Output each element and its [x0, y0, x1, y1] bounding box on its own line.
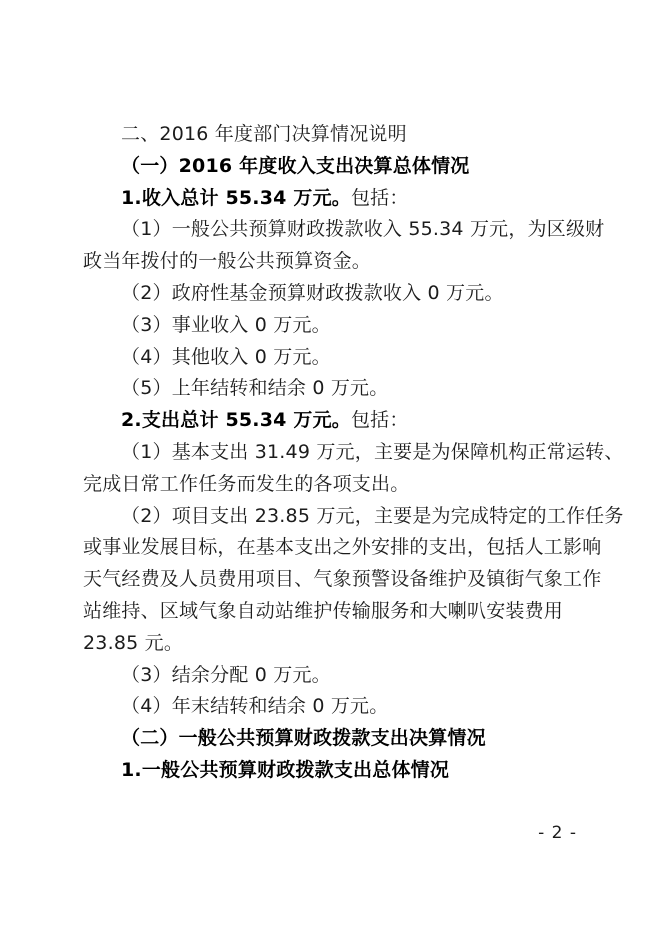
text-run: （2）项目支出 23.85 万元，主要是为完成特定的工作任务	[121, 505, 624, 527]
bold-text-run: （二）一般公共预算财政拨款支出决算情况	[121, 727, 486, 749]
text-line: （2）项目支出 23.85 万元，主要是为完成特定的工作任务	[83, 501, 595, 533]
page-number: - 2 -	[538, 822, 577, 844]
text-run: 完成日常工作任务而发生的各项支出。	[83, 473, 409, 495]
bold-text-run: （一）2016 年度收入支出决算总体情况	[121, 155, 470, 177]
text-line: 23.85 元。	[83, 628, 595, 660]
text-line: （3）事业收入 0 万元。	[83, 310, 595, 342]
text-line: （1）基本支出 31.49 万元，主要是为保障机构正常运转、	[83, 437, 595, 469]
text-run: （2）政府性基金预算财政拨款收入 0 万元。	[121, 282, 504, 304]
text-line: （4）其他收入 0 万元。	[83, 342, 595, 374]
text-line: 或事业发展目标，在基本支出之外安排的支出，包括人工影响	[83, 532, 595, 564]
text-run: （3）事业收入 0 万元。	[121, 314, 331, 336]
text-line: （2）政府性基金预算财政拨款收入 0 万元。	[83, 278, 595, 310]
text-line: 完成日常工作任务而发生的各项支出。	[83, 469, 595, 501]
text-line: （一）2016 年度收入支出决算总体情况	[83, 151, 595, 183]
text-line: 站维持、区域气象自动站维护传输服务和大喇叭安装费用	[83, 596, 595, 628]
text-run: 二、2016 年度部门决算情况说明	[121, 123, 407, 145]
text-line: 2.支出总计 55.34 万元。包括：	[83, 405, 595, 437]
text-run: （3）结余分配 0 万元。	[121, 664, 331, 686]
text-run: 天气经费及人员费用项目、气象预警设备维护及镇街气象工作	[83, 568, 601, 590]
text-run: （5）上年结转和结余 0 万元。	[121, 377, 388, 399]
text-run: 或事业发展目标，在基本支出之外安排的支出，包括人工影响	[83, 536, 601, 558]
bold-text-run: 2.支出总计 55.34 万元。	[121, 409, 351, 431]
text-line: （二）一般公共预算财政拨款支出决算情况	[83, 723, 595, 755]
text-run: 23.85 元。	[83, 632, 183, 654]
text-run: （1）一般公共预算财政拨款收入 55.34 万元，为区级财	[121, 218, 604, 240]
text-line: （4）年末结转和结余 0 万元。	[83, 691, 595, 723]
document-lines: 二、2016 年度部门决算情况说明（一）2016 年度收入支出决算总体情况1.收…	[83, 119, 595, 787]
text-run: （4）其他收入 0 万元。	[121, 346, 331, 368]
text-run: （1）基本支出 31.49 万元，主要是为保障机构正常运转、	[121, 441, 624, 463]
text-line: 二、2016 年度部门决算情况说明	[83, 119, 595, 151]
text-line: 天气经费及人员费用项目、气象预警设备维护及镇街气象工作	[83, 564, 595, 596]
text-line: 1.一般公共预算财政拨款支出总体情况	[83, 755, 595, 787]
text-run: 站维持、区域气象自动站维护传输服务和大喇叭安装费用	[83, 600, 563, 622]
text-run: 政当年拨付的一般公共预算资金。	[83, 250, 371, 272]
text-line: （3）结余分配 0 万元。	[83, 660, 595, 692]
text-run: 包括：	[351, 187, 409, 209]
text-line: （5）上年结转和结余 0 万元。	[83, 373, 595, 405]
text-line: 1.收入总计 55.34 万元。包括：	[83, 183, 595, 215]
document-page: 二、2016 年度部门决算情况说明（一）2016 年度收入支出决算总体情况1.收…	[0, 0, 662, 936]
bold-text-run: 1.收入总计 55.34 万元。	[121, 187, 351, 209]
text-run: （4）年末结转和结余 0 万元。	[121, 695, 388, 717]
text-line: （1）一般公共预算财政拨款收入 55.34 万元，为区级财	[83, 214, 595, 246]
text-line: 政当年拨付的一般公共预算资金。	[83, 246, 595, 278]
text-run: 包括：	[351, 409, 409, 431]
bold-text-run: 1.一般公共预算财政拨款支出总体情况	[121, 759, 449, 781]
